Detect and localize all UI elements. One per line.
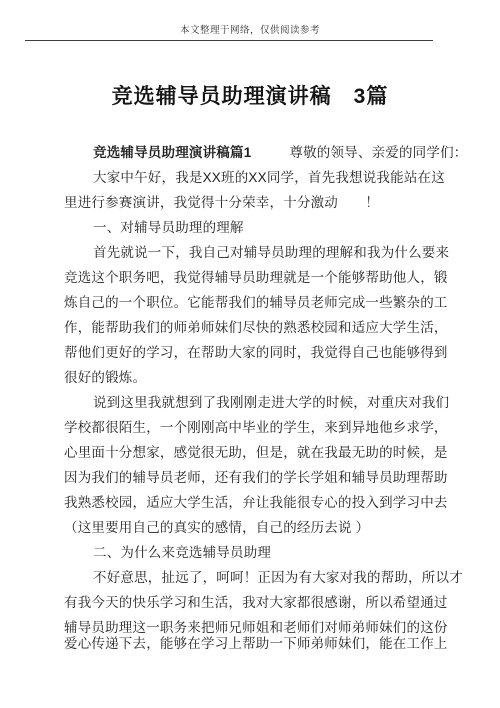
- body-line: 首先就说一下，我自己对辅导员助理的理解和我为什么要来: [64, 240, 456, 265]
- body-line: 里进行参赛演讲，我觉得十分荣幸，十分激动 ！: [64, 190, 456, 215]
- document-page: 本文整理于网络，仅供阅读参考 竞选辅导员助理演讲稿 3篇 竞选辅导员助理演讲稿篇…: [0, 0, 500, 708]
- body-line: 大家中午好，我是XX班的XX同学，首先我想说我能站在这: [64, 165, 456, 190]
- body-line: 很好的锻炼。: [64, 365, 456, 390]
- body-line: 竞选这个职务吧，我觉得辅导员助理就是一个能够帮助他人，锻: [64, 265, 456, 290]
- body-line: 说到这里我就想到了我刚刚走进大学的时候，对重庆对我们: [64, 390, 456, 415]
- body-line: 帮他们更好的学习，在帮助大家的同时，我觉得自己也能够得到: [64, 340, 456, 365]
- body-line: 作，能帮助我们的师弟师妹们尽快的熟悉校园和适应大学生活，: [64, 315, 456, 340]
- body-line: 有我今天的快乐学习和生活，我对大家都很感谢，所以希望通过: [64, 590, 456, 615]
- body-line: 心里面十分想家，感觉很无助，但是，就在我最无助的时候，是: [64, 440, 456, 465]
- body-line: 炼自己的一个职位。它能帮我们的辅导员老师完成一些繁杂的工: [64, 290, 456, 315]
- body-line: 我熟悉校园，适应大学生活，弁让我能很专心的投入到学习中去: [64, 490, 456, 515]
- body-line: 爱心传递下去，能够在学习上帮助一下师弟师妹们，能在工作上: [64, 631, 456, 656]
- salutation-text: 尊敬的领导、亲爱的同学们：: [289, 145, 467, 160]
- section-heading-1: 一、对辅导员助理的理解: [64, 215, 456, 240]
- page-title: 竞选辅导员助理演讲稿 3篇: [0, 80, 500, 110]
- header-divider: [25, 40, 433, 41]
- section-heading-2: 二、为什么来竞选辅导员助理: [64, 540, 456, 565]
- paragraph-heading-line: 竞选辅导员助理演讲稿篇1 尊敬的领导、亲爱的同学们：: [64, 140, 456, 165]
- speech-part-label: 竞选辅导员助理演讲稿篇1: [93, 145, 251, 160]
- header-disclaimer: 本文整理于网络，仅供阅读参考: [0, 22, 500, 36]
- body-line: 因为我们的辅导员老师，还有我们的学长学姐和辅导员助理帮助: [64, 465, 456, 490]
- body-line: （这里要用自己的真实的感情，自己的经历去说 ）: [64, 515, 456, 540]
- document-body: 竞选辅导员助理演讲稿篇1 尊敬的领导、亲爱的同学们： 大家中午好，我是XX班的X…: [64, 140, 456, 656]
- body-line: 学校都很陌生，一个刚刚高中毕业的学生，来到异地他乡求学，: [64, 415, 456, 440]
- body-line: 不好意思，扯远了，呵呵！正因为有大家对我的帮助，所以才: [64, 565, 456, 590]
